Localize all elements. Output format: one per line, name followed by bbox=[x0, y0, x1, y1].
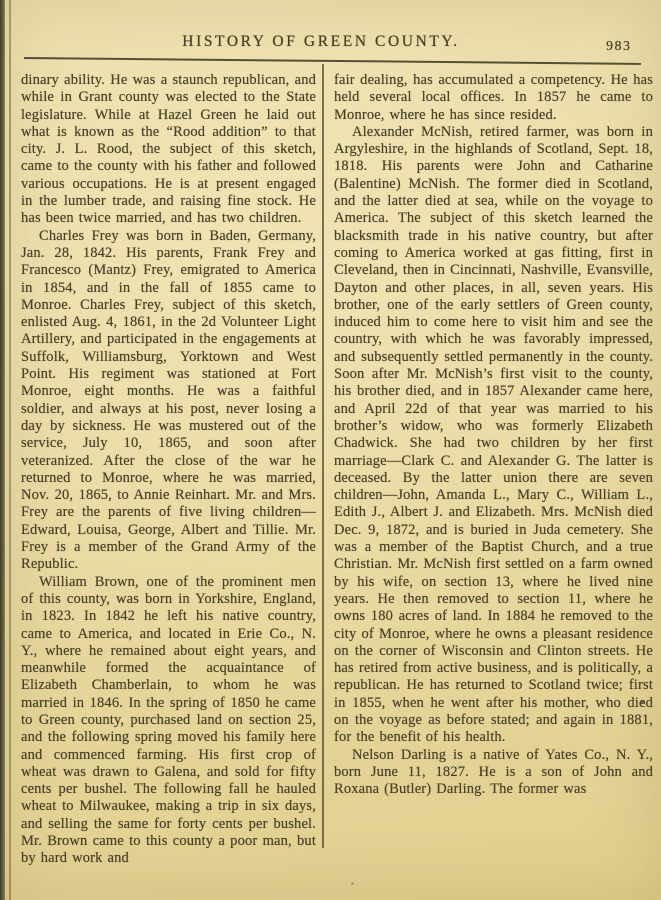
right-paragraph-alexander-mcnish: Alexander McNish, retired farmer, was bo… bbox=[334, 124, 653, 747]
book-page: HISTORY OF GREEN COUNTY. 983 dinary abil… bbox=[0, 0, 661, 900]
left-paragraph-william-brown: William Brown, one of the prominent men … bbox=[21, 574, 316, 868]
running-title: HISTORY OF GREEN COUNTY. bbox=[0, 33, 642, 51]
column-divider bbox=[322, 64, 324, 848]
page-number: 983 bbox=[606, 39, 632, 55]
left-column: dinary ability. He was a staunch republi… bbox=[21, 72, 316, 868]
right-paragraph-continuation: fair dealing, has accumulated a competen… bbox=[334, 72, 653, 124]
left-paragraph-continuation: dinary ability. He was a staunch republi… bbox=[21, 72, 316, 228]
right-column: fair dealing, has accumulated a competen… bbox=[334, 72, 653, 798]
margin-rule-line bbox=[9, 0, 11, 900]
header-rule bbox=[24, 57, 641, 65]
ink-speck bbox=[351, 882, 354, 885]
binding-edge bbox=[0, 0, 5, 900]
left-paragraph-charles-frey: Charles Frey was born in Baden, Germany,… bbox=[21, 228, 316, 574]
right-paragraph-nelson-darling: Nelson Darling is a native of Yates Co.,… bbox=[334, 747, 653, 799]
